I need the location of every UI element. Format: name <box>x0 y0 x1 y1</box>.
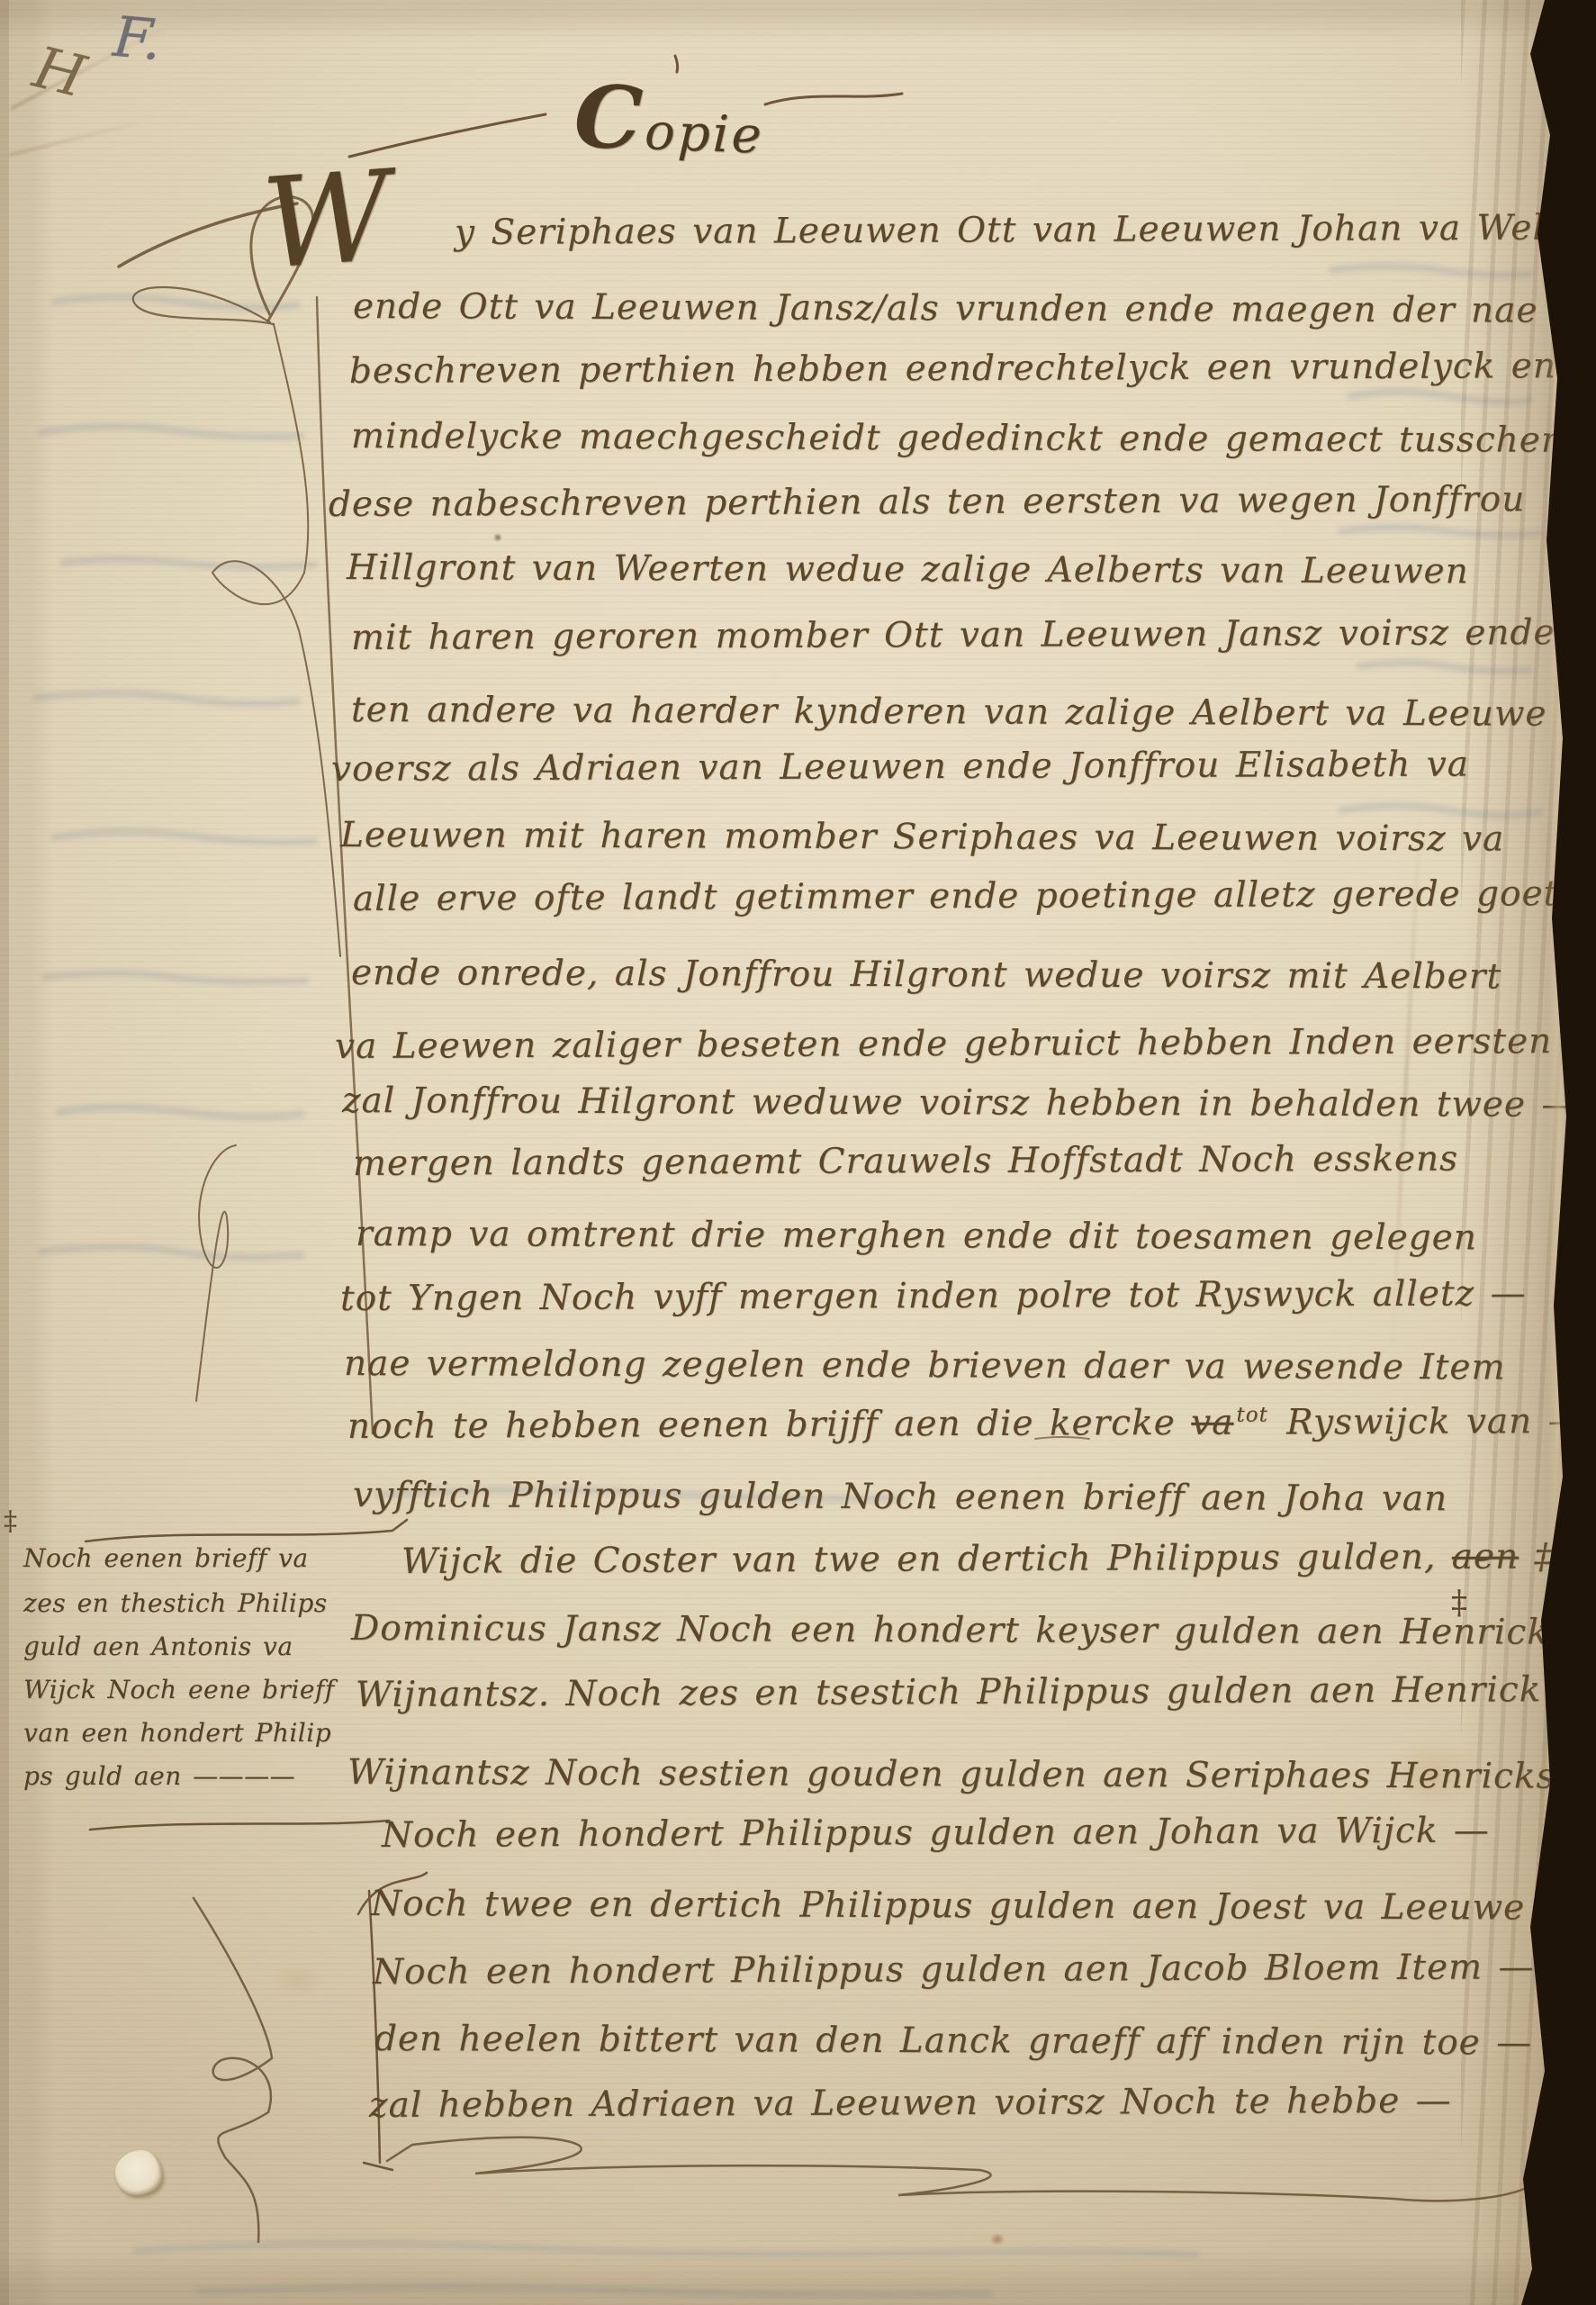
interlinear-insertion: tot <box>1236 1404 1267 1427</box>
line-fragment: Ryswijck van — <box>1271 1401 1584 1443</box>
text-line: mindelycke maechgescheidt gededinckt end… <box>351 416 1596 461</box>
margin-note-line: Wijck Noch eene brieff <box>23 1675 335 1704</box>
text-line: zal Jonffrou Hilgront weduwe voirsz hebb… <box>342 1080 1578 1125</box>
text-line: ramp va omtrent drie merghen ende dit to… <box>356 1214 1477 1258</box>
text-line: beschreven perthien hebben eendrechtelyc… <box>349 346 1596 392</box>
text-line: ten andere va haerder kynderen van zalig… <box>351 690 1547 735</box>
manuscript-page: H F. Copie W y Seriphaes van Leeuwen Ott… <box>0 0 1596 2305</box>
paper-hole <box>115 2150 162 2195</box>
text-line: Noch twee en dertich Philippus gulden ae… <box>371 1884 1525 1928</box>
text-line: mit haren geroren momber Ott van Leeuwen… <box>351 612 1555 658</box>
text-line: voersz als Adriaen van Leeuwen ende Jonf… <box>331 744 1469 790</box>
pencil-folio-mark: F. <box>111 4 164 73</box>
text-line: alle erve ofte landt getimmer ende poeti… <box>353 873 1558 919</box>
text-line: Leeuwen mit haren momber Seriphaes va Le… <box>340 815 1504 860</box>
struck-word: aen <box>1452 1537 1519 1577</box>
text-line: den heelen bittert van den Lanck graeff … <box>374 2019 1532 2063</box>
text-line: zal hebben Adriaen va Leeuwen voirsz Noc… <box>369 2081 1452 2126</box>
line-fragment: noch te hebben eenen brijff aen die kerc… <box>347 1403 1191 1447</box>
line-fragment: Wijck die Coster van twe en dertich Phil… <box>401 1537 1452 1582</box>
text-line: Wijnantsz. Noch zes en tsestich Philippu… <box>356 1669 1542 1715</box>
stain-2 <box>270 1963 324 1999</box>
text-line: Hillgront van Weerten wedue zalige Aelbe… <box>347 547 1469 592</box>
margin-note-line: ps guld aen ———— <box>23 1761 295 1791</box>
rust-speck <box>990 2233 1005 2246</box>
struck-word: va <box>1191 1403 1233 1443</box>
text-line-with-correction: noch te hebben eenen brijff aen die kerc… <box>347 1401 1584 1447</box>
margin-note-line: zes en thestich Philips <box>23 1588 328 1618</box>
margin-note-line: Noch eenen brieff va <box>23 1543 309 1573</box>
text-line: tot Yngen Noch vyff mergen inden polre t… <box>340 1273 1527 1319</box>
text-line: dese nabeschreven perthien als ten eerst… <box>329 479 1526 525</box>
document-heading: Copie <box>573 67 766 173</box>
decorated-initial: W <box>258 154 394 287</box>
text-line: Noch een hondert Philippus gulden aen Jo… <box>382 1811 1490 1856</box>
text-line: Wijnantsz Noch sestien gouden gulden aen… <box>347 1752 1574 1797</box>
margin-note-line: guld aen Antonis va <box>23 1632 293 1661</box>
text-line: vyfftich Philippus gulden Noch eenen bri… <box>353 1475 1447 1519</box>
insertion-cross: ‡ <box>1534 1536 1553 1577</box>
text-line: nae vermeldong zegelen ende brieven daer… <box>344 1343 1506 1388</box>
text-line: ende onrede, als Jonffrou Hilgront wedue… <box>351 953 1501 997</box>
archival-ink-mark: H <box>27 34 92 111</box>
text-line: ende Ott va Leeuwen Jansz/als vrunden en… <box>353 286 1538 331</box>
text-insert-cross: ‡ <box>1451 1585 1467 1622</box>
corner-crease-2 <box>9 116 158 156</box>
text-line: va Leewen zaliger beseten ende gebruict … <box>335 1021 1552 1067</box>
text-line: y Seriphaes van Leeuwen Ott van Leeuwen … <box>455 208 1565 253</box>
text-line: Dominicus Jansz Noch een hondert keyser … <box>351 1608 1549 1653</box>
text-line: Noch een hondert Philippus gulden aen Ja… <box>373 1947 1535 1993</box>
margin-note-line: van een hondert Philip <box>23 1718 331 1748</box>
ink-speck <box>493 533 502 542</box>
text-line: mergen landts genaemt Crauwels Hoffstadt… <box>353 1139 1458 1184</box>
text-line-with-correction: Wijck die Coster van twe en dertich Phil… <box>401 1536 1553 1582</box>
margin-insert-cross: ‡ <box>4 1505 17 1537</box>
